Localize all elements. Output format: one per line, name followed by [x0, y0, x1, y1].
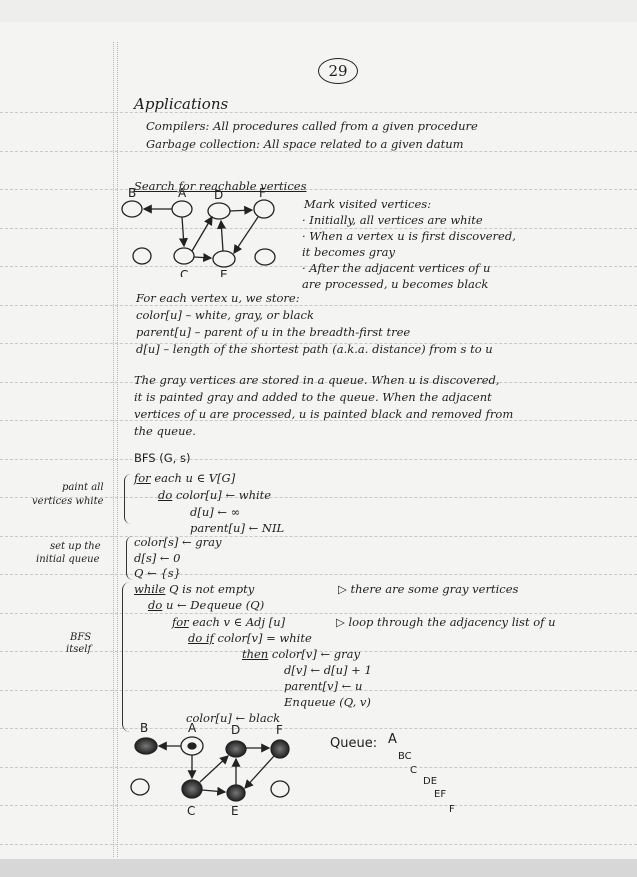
algo-line: Q ← {s}	[134, 565, 181, 581]
store-field: d[u] – length of the shortest path (a.k.…	[136, 341, 493, 357]
algo-line: d[u] ← ∞	[190, 504, 240, 520]
search-note: · When a vertex u is first discovered,	[302, 228, 516, 244]
algo-line: d[s] ← 0	[134, 550, 181, 566]
svg-text:B: B	[140, 722, 148, 735]
notebook-page: 29 Applications Compilers: All procedure…	[0, 22, 637, 859]
ruled-line	[0, 844, 637, 845]
margin-note-paint: vertices white	[32, 494, 104, 510]
svg-text:D: D	[214, 188, 223, 202]
algo-line: do u ← Dequeue (Q)	[148, 597, 264, 613]
algo-line: Enqueue (Q, v)	[284, 694, 371, 710]
algo-line: do color[u] ← white	[158, 487, 271, 503]
ruled-line	[0, 805, 637, 806]
search-note: · After the adjacent vertices of u	[302, 260, 490, 276]
svg-text:E: E	[231, 804, 239, 817]
svg-text:A: A	[188, 722, 197, 735]
search-note: it becomes gray	[302, 244, 395, 260]
brace	[122, 582, 131, 732]
svg-text:B: B	[128, 187, 136, 200]
queue-step: F	[449, 802, 455, 818]
algo-line: while Q is not empty	[134, 581, 254, 597]
store-intro: For each vertex u, we store:	[136, 290, 300, 306]
ruled-line	[0, 574, 637, 575]
algorithm-signature: BFS (G, s)	[134, 450, 190, 466]
algo-comment: ▷ there are some gray vertices	[338, 581, 518, 597]
ruled-line	[0, 728, 637, 729]
svg-text:F: F	[259, 187, 266, 200]
svg-text:F: F	[276, 723, 283, 737]
queue-step: C	[410, 763, 417, 779]
queue-paragraph-line: vertices of u are processed, u is painte…	[134, 406, 513, 422]
svg-text:C: C	[180, 268, 188, 277]
graph-diagram-initial: B A D F C E	[120, 187, 290, 277]
algo-line: then color[v] ← gray	[242, 646, 360, 662]
search-note: · Initially, all vertices are white	[302, 212, 483, 228]
svg-text:C: C	[187, 804, 195, 817]
svg-text:E: E	[220, 268, 228, 277]
queue-paragraph-line: The gray vertices are stored in a queue.…	[134, 372, 500, 388]
brace	[124, 474, 131, 524]
ruled-line	[0, 459, 637, 460]
queue-label: Queue:	[330, 736, 377, 752]
store-field: parent[u] – parent of u in the breadth-f…	[136, 324, 410, 340]
algo-line: d[v] ← d[u] + 1	[284, 662, 372, 678]
margin-line	[113, 42, 118, 857]
margin-note-bfs: itself	[66, 642, 91, 658]
scan-top-edge	[0, 0, 637, 22]
ruled-line	[0, 305, 637, 306]
queue-step: EF	[434, 787, 446, 803]
margin-note-setup: initial queue	[36, 552, 100, 568]
page-number: 29	[318, 58, 358, 84]
store-field: color[u] – white, gray, or black	[136, 307, 314, 323]
algo-line: for each u ∈ V[G]	[134, 470, 235, 486]
applications-heading: Applications	[134, 96, 228, 112]
svg-text:D: D	[231, 723, 240, 737]
queue-paragraph-line: it is painted gray and added to the queu…	[134, 389, 492, 405]
svg-text:A: A	[178, 187, 187, 200]
queue-step: A	[388, 732, 397, 748]
ruled-line	[0, 189, 637, 190]
brace	[126, 536, 133, 580]
graph-diagram-bfs-state: B A D F C E	[130, 722, 300, 817]
algo-line: color[s] ← gray	[134, 534, 222, 550]
ruled-line	[0, 767, 637, 768]
ruled-line	[0, 112, 637, 113]
ruled-line	[0, 536, 637, 537]
search-note: are processed, u becomes black	[302, 276, 488, 292]
search-note: Mark visited vertices:	[304, 196, 431, 212]
algo-comment: ▷ loop through the adjacency list of u	[336, 614, 555, 630]
queue-paragraph-line: the queue.	[134, 423, 196, 439]
algo-line: for each v ∈ Adj [u]	[172, 614, 285, 630]
applications-item: Compilers: All procedures called from a …	[146, 118, 478, 134]
algo-line: parent[v] ← u	[284, 678, 362, 694]
algo-line: do if color[v] = white	[188, 630, 312, 646]
applications-item: Garbage collection: All space related to…	[146, 136, 464, 152]
